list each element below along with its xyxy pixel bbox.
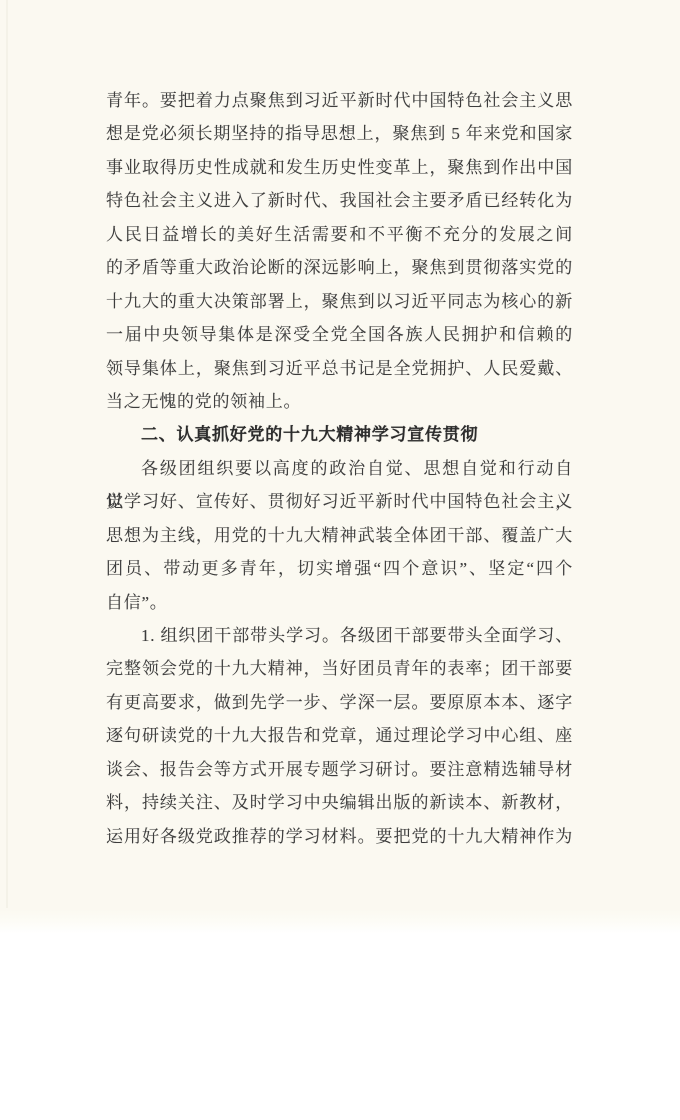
text-line: 的矛盾等重大政治论断的深远影响上，聚焦到贯彻落实党的: [106, 251, 573, 284]
text-line: 自信”。: [106, 586, 573, 619]
text-line: 料，持续关注、及时学习中央编辑出版的新读本、新教材，: [106, 786, 573, 819]
text-line: 完整领会党的十九大精神，当好团员青年的表率；团干部要: [106, 652, 573, 685]
scan-edge-artifact: [6, 0, 8, 908]
text-line: 各级团组织要以高度的政治自觉、思想自觉和行动自觉，: [106, 452, 573, 485]
paragraph: 青年。要把着力点聚焦到习近平新时代中国特色社会主义思想是党必须长期坚持的指导思想…: [106, 84, 573, 418]
text-line: 团员、带动更多青年，切实增强“四个意识”、坚定“四个: [106, 552, 573, 585]
text-line: 二、认真抓好党的十九大精神学习宣传贯彻: [106, 418, 573, 451]
text-line: 领导集体上，聚焦到习近平总书记是全党拥护、人民爱戴、: [106, 352, 573, 385]
section-heading: 二、认真抓好党的十九大精神学习宣传贯彻: [106, 418, 573, 451]
screenshot-root: { "page": { "background_color": "#ffffff…: [0, 0, 680, 1120]
text-line: 事业取得历史性成就和发生历史性变革上，聚焦到作出中国: [106, 151, 573, 184]
text-line: 一届中央领导集体是深受全党全国各族人民拥护和信赖的: [106, 318, 573, 351]
text-line: 运用好各级党政推荐的学习材料。要把党的十九大精神作为: [106, 820, 573, 853]
text-line: 想是党必须长期坚持的指导思想上，聚焦到 5 年来党和国家: [106, 117, 573, 150]
text-line: 人民日益增长的美好生活需要和不平衡不充分的发展之间: [106, 218, 573, 251]
text-line: 逐句研读党的十九大报告和党章，通过理论学习中心组、座: [106, 719, 573, 752]
text-line: 1. 组织团干部带头学习。各级团干部要带头全面学习、: [106, 619, 573, 652]
text-line: 青年。要把着力点聚焦到习近平新时代中国特色社会主义思: [106, 84, 573, 117]
text-line: 思想为主线，用党的十九大精神武装全体团干部、覆盖广大: [106, 519, 573, 552]
paragraph: 1. 组织团干部带头学习。各级团干部要带头全面学习、完整领会党的十九大精神，当好…: [106, 619, 573, 853]
text-line: 特色社会主义进入了新时代、我国社会主要矛盾已经转化为: [106, 184, 573, 217]
scanned-page: 青年。要把着力点聚焦到习近平新时代中国特色社会主义思想是党必须长期坚持的指导思想…: [0, 0, 680, 934]
text-line: 十九大的重大决策部署上，聚焦到以习近平同志为核心的新: [106, 285, 573, 318]
paragraph: 各级团组织要以高度的政治自觉、思想自觉和行动自觉，以学习好、宣传好、贯彻好习近平…: [106, 452, 573, 619]
text-line: 以学习好、宣传好、贯彻好习近平新时代中国特色社会主义: [106, 485, 573, 518]
text-line: 当之无愧的党的领袖上。: [106, 385, 573, 418]
text-line: 谈会、报告会等方式开展专题学习研讨。要注意精选辅导材: [106, 753, 573, 786]
document-body: 青年。要把着力点聚焦到习近平新时代中国特色社会主义思想是党必须长期坚持的指导思想…: [106, 84, 573, 853]
text-line: 有更高要求，做到先学一步、学深一层。要原原本本、逐字: [106, 686, 573, 719]
